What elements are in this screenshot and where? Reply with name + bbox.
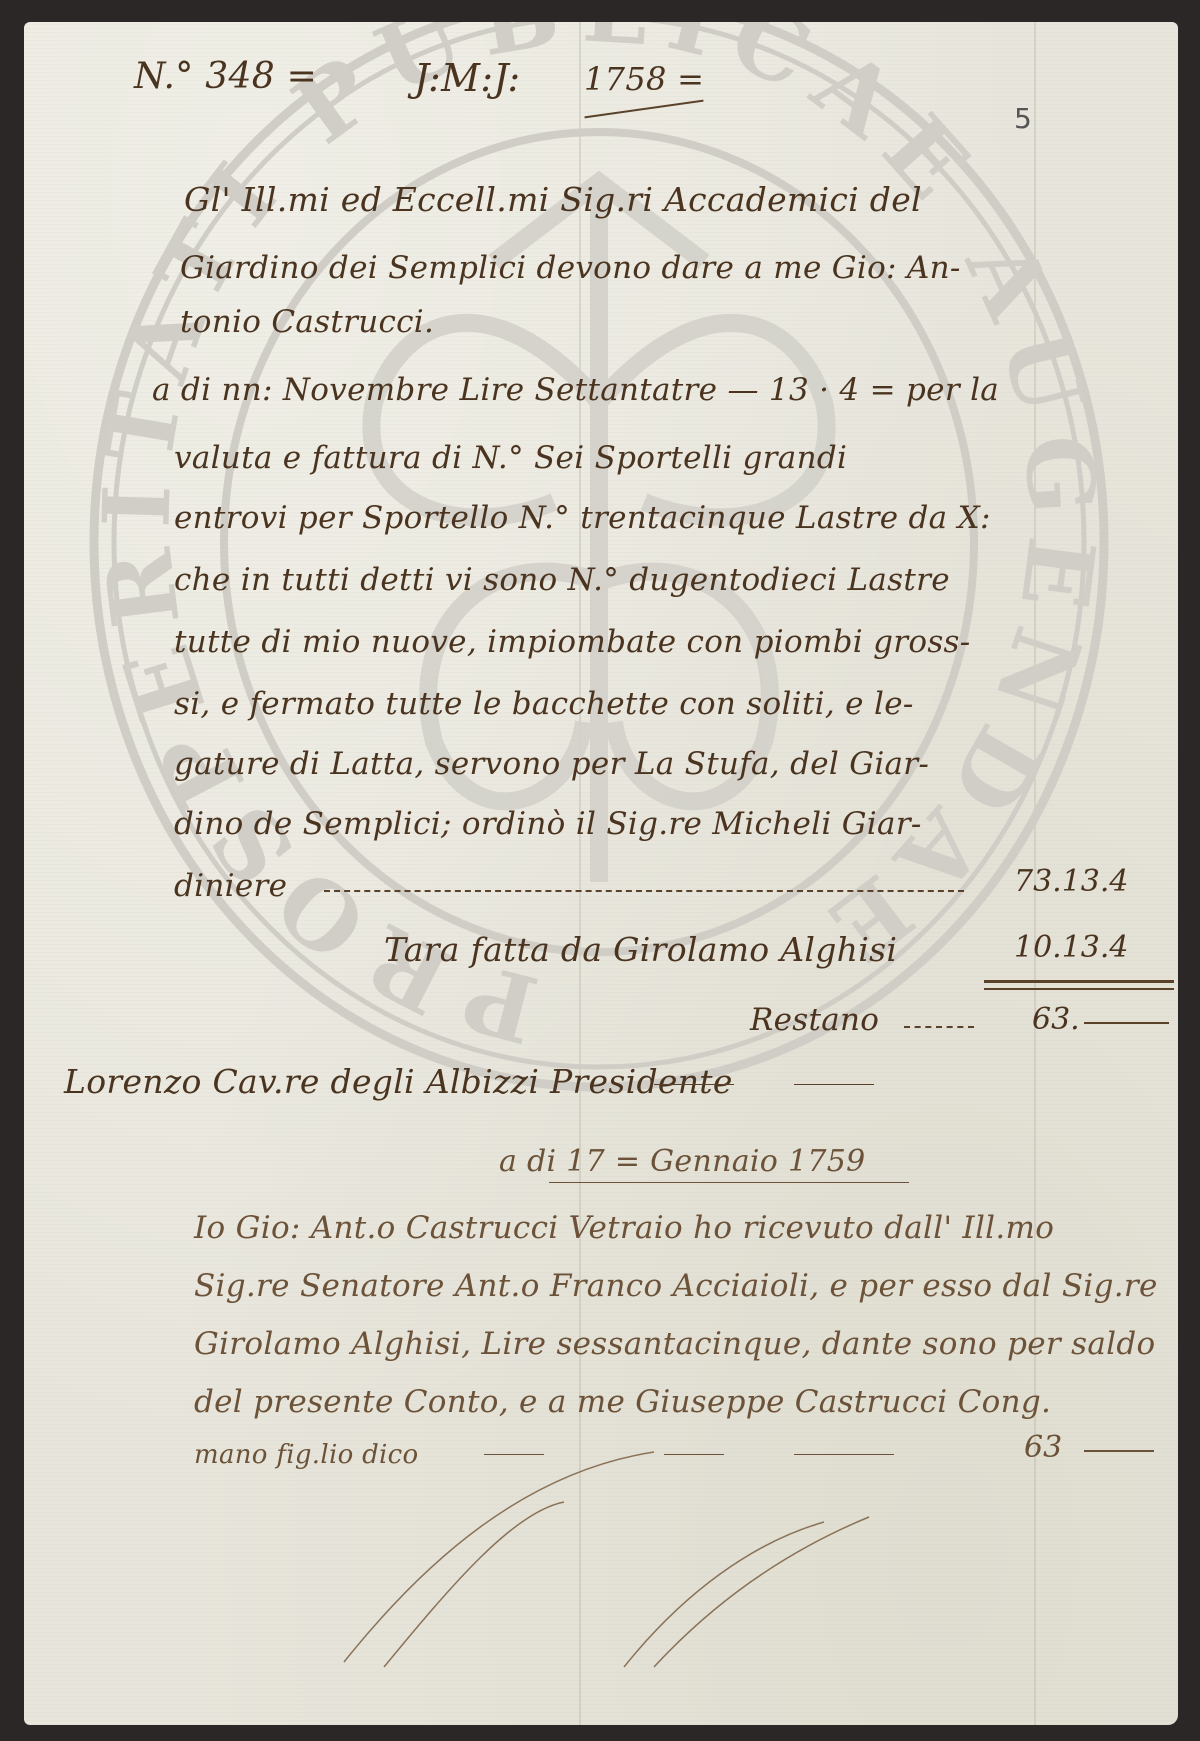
closing-flourish xyxy=(324,1442,884,1672)
entry-line-5: tutte di mio nuove, impiombate con piomb… xyxy=(174,624,971,660)
address-line-2: Giardino dei Semplici devono dare a me G… xyxy=(180,250,961,286)
entry-line-7: gature di Latta, servono per La Stufa, d… xyxy=(174,746,929,782)
entry-line-8: dino de Semplici; ordinò il Sig.re Miche… xyxy=(174,806,922,842)
entry-line-9: diniere xyxy=(174,868,287,904)
receipt-amount: 63 xyxy=(1024,1430,1062,1465)
entry-line-2: valuta e fattura di N.° Sei Sportelli gr… xyxy=(174,440,847,476)
filler-dashes xyxy=(904,1026,974,1028)
invocation-jmj: J:M:J: xyxy=(414,56,521,100)
account-deduction: 10.13.4 xyxy=(1014,930,1129,965)
sum-rule-double xyxy=(984,988,1174,990)
receipt-line-3: Girolamo Alghisi, Lire sessantacinque, d… xyxy=(194,1326,1156,1362)
deduction-label: Tara fatta da Girolamo Alghisi xyxy=(384,930,897,969)
receipt-line-2: Sig.re Senatore Ant.o Franco Acciaioli, … xyxy=(194,1268,1158,1304)
remaining-label: Restano xyxy=(750,1002,879,1038)
manuscript-page: PROSPERITATI PUBLICAE AUGENDAE 5 N.° 348… xyxy=(24,22,1178,1725)
receipt-line-1: Io Gio: Ant.o Castrucci Vetraio ho ricev… xyxy=(194,1210,1054,1246)
approval-signature: Lorenzo Cav.re degli Albizzi Presidente xyxy=(64,1062,733,1101)
header-year: 1758 = xyxy=(584,60,704,98)
account-total: 73.13.4 xyxy=(1014,864,1129,899)
filler-dashes xyxy=(324,890,964,892)
entry-line-3: entrovi per Sportello N.° trentacinque L… xyxy=(174,500,991,536)
entry-line-1: a di nn: Novembre Lire Settantatre — 13 … xyxy=(152,372,999,408)
address-line-1: Gl' Ill.mi ed Eccell.mi Sig.ri Accademic… xyxy=(184,180,922,219)
approval-dash xyxy=(654,1084,734,1085)
approval-dash xyxy=(794,1084,874,1085)
receipt-amount-rule xyxy=(1084,1450,1154,1452)
remaining-rule xyxy=(1084,1022,1169,1024)
receipt-date-underline xyxy=(549,1182,909,1183)
sum-rule xyxy=(984,980,1174,983)
address-line-3: tonio Castrucci. xyxy=(180,304,434,340)
entry-line-4: che in tutti detti vi sono N.° dugentodi… xyxy=(174,562,950,598)
receipt-line-4: del presente Conto, e a me Giuseppe Cast… xyxy=(194,1384,1051,1420)
item-number: N.° 348 = xyxy=(134,56,317,97)
entry-line-6: si, e fermato tutte le bacchette con sol… xyxy=(174,686,914,722)
folio-number: 5 xyxy=(1014,102,1032,135)
receipt-date: a di 17 = Gennaio 1759 xyxy=(499,1144,866,1179)
account-remaining: 63. xyxy=(1032,1002,1080,1037)
